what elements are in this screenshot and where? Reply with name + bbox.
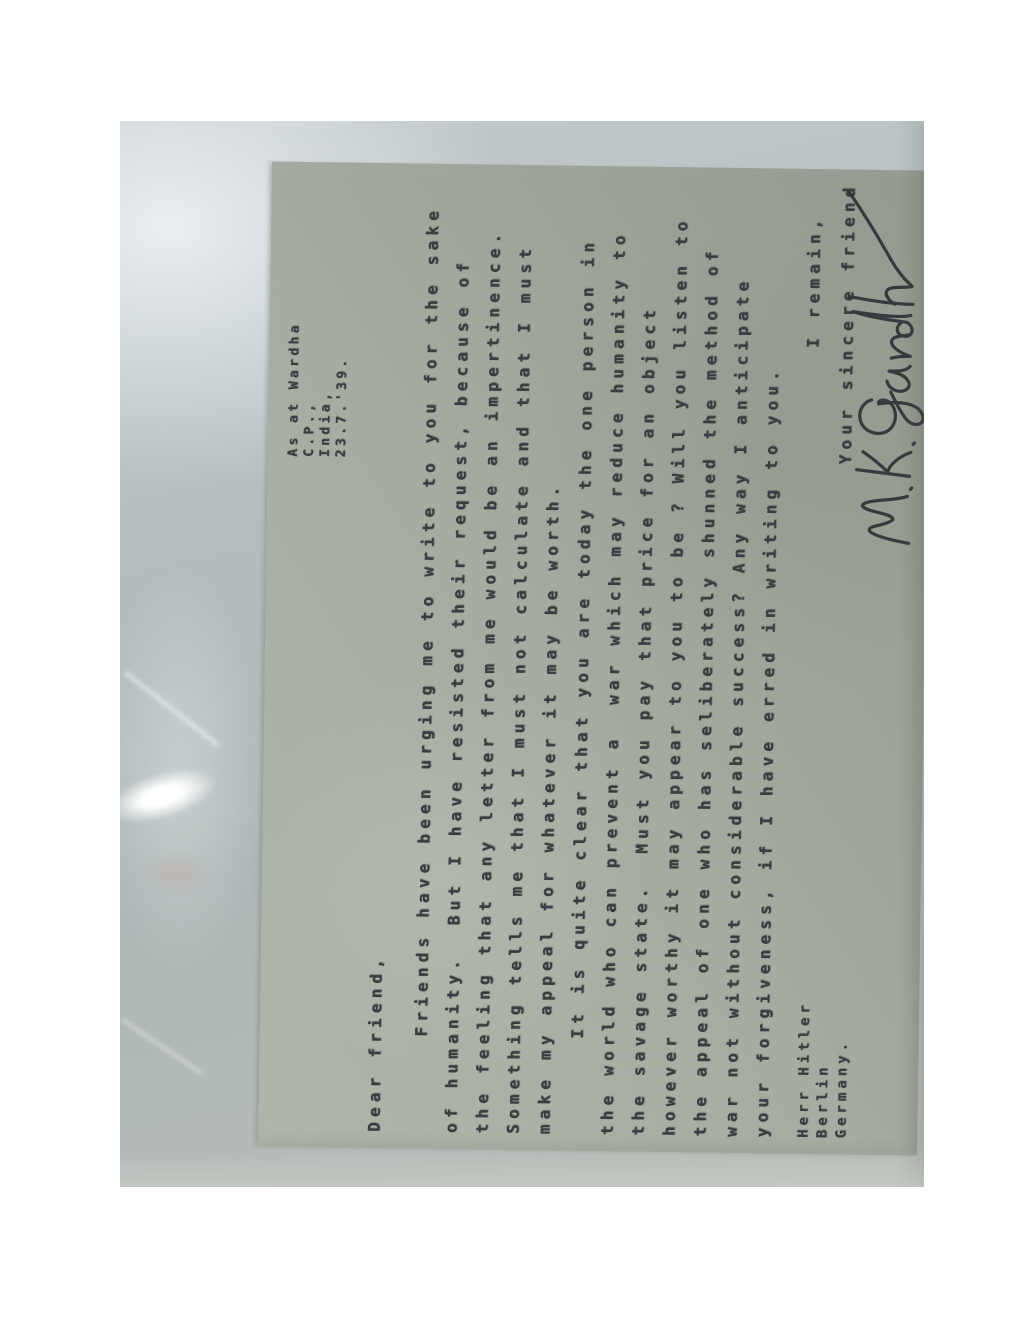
recipient-line: Berlin	[813, 1001, 834, 1138]
photo-edge-shade	[898, 121, 924, 1187]
photo-bottom-band	[120, 1149, 924, 1187]
letter-paper: As at Wardha C.P., India, 23.7.'39. Dear…	[258, 161, 924, 1155]
date-line: 23.7.'39.	[334, 323, 352, 458]
letter-content: As at Wardha C.P., India, 23.7.'39. Dear…	[258, 161, 924, 1155]
address-line: As at Wardha	[286, 322, 304, 457]
reflection-line	[121, 1018, 202, 1074]
address-line: C.P.,	[302, 322, 320, 457]
paragraph-1: Friends have been urging me to write to …	[404, 206, 572, 1135]
screenshot-canvas: As at Wardha C.P., India, 23.7.'39. Dear…	[0, 0, 1020, 1320]
salutation: Dear friend,	[358, 954, 391, 1132]
paragraph-2: It is quite clear that you are today the…	[560, 215, 790, 1138]
recipient-line: Germany.	[832, 1002, 853, 1139]
address-line: India,	[318, 322, 336, 457]
pink-smudge	[138, 851, 214, 895]
recipient-line: Herr Hitler	[794, 1001, 815, 1138]
letter-photograph: As at Wardha C.P., India, 23.7.'39. Dear…	[120, 121, 924, 1187]
sender-address-block: As at Wardha C.P., India, 23.7.'39.	[286, 322, 352, 458]
recipient-address-block: Herr Hitler Berlin Germany.	[794, 1001, 853, 1139]
